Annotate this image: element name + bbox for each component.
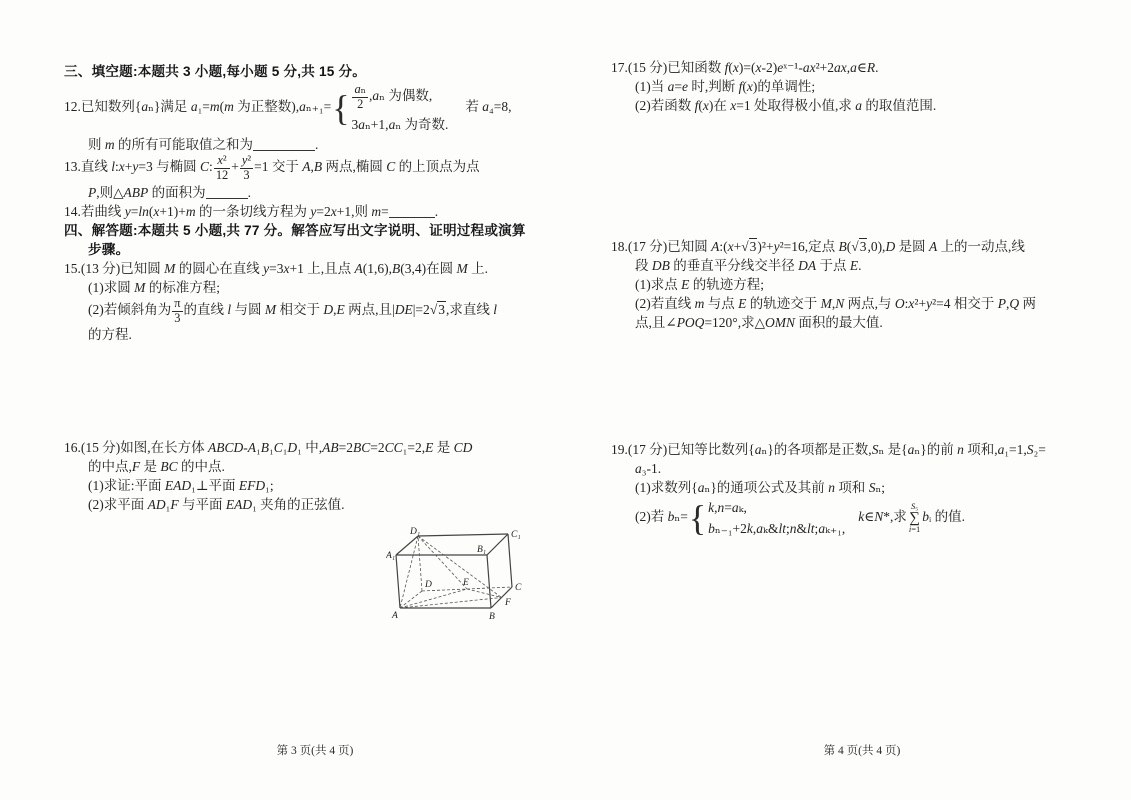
math-x: (2)若函数 f(x)在 x=1 处取得极小值,求 a 的取值范围. bbox=[635, 98, 936, 113]
math-x: 13.直线 l:x+y=3 与椭圆 C: bbox=[64, 159, 213, 174]
text-line: (2)若倾斜角为π3的直线 l 与圆 M 相交于 D,E 两点,且|DE|=2√… bbox=[64, 297, 566, 326]
section-heading-answer: 四、解答题:本题共 5 小题,共 77 分。解答应写出文字说明、证明过程或演算步… bbox=[64, 221, 566, 259]
cuboid-solid-edges bbox=[396, 534, 512, 608]
math-x: (2)若倾斜角为 bbox=[88, 302, 171, 317]
question-12: 12.已知数列{aₙ}满足 a₁=m(m 为正整数),aₙ₊₁={aₙ2,aₙ … bbox=[64, 81, 566, 154]
vertex-label-e: E bbox=[462, 578, 469, 588]
text-line: 步骤。 bbox=[64, 240, 566, 259]
text-line: (1)求圆 M 的标准方程; bbox=[64, 278, 566, 297]
math-x: (2)求平面 AD₁F 与平面 EAD₁ 夹角的正弦值. bbox=[88, 497, 345, 512]
question-15: 15.(13 分)已知圆 M 的圆心在直线 y=3x+1 上,且点 A(1,6)… bbox=[64, 259, 566, 345]
math-x: 三、填空题:本题共 3 小题,每小题 5 分,共 15 分。 bbox=[64, 64, 366, 79]
math-x: 四、解答题:本题共 5 小题,共 77 分。解答应写出文字说明、证明过程或演算 bbox=[64, 223, 526, 238]
text-line: P,则△ABP 的面积为. bbox=[64, 183, 566, 202]
math-frac: x²12 bbox=[214, 154, 230, 183]
cuboid-diagram: A B C D E F A₁ B₁ C₁ D₁ bbox=[386, 524, 538, 628]
answer-blank bbox=[389, 204, 435, 218]
math-x: (1)求圆 M 的标准方程; bbox=[88, 280, 220, 295]
math-frac: aₙ2 bbox=[352, 83, 368, 112]
text-line: a₃-1. bbox=[611, 459, 1113, 478]
math-x: 的直线 l 与圆 M 相交于 D,E 两点,且|DE|=2 bbox=[184, 302, 430, 317]
math-x: 段 DB 的垂直平分线交半径 DA 于点 E. bbox=[635, 258, 862, 273]
vertex-label-c1: C₁ bbox=[511, 530, 521, 540]
math-x: (1)求证:平面 EAD₁⊥平面 EFD₁; bbox=[88, 478, 274, 493]
math-x: 则 m 的所有可能取值之和为 bbox=[88, 137, 253, 152]
math-x: 15.(13 分)已知圆 M 的圆心在直线 y=3x+1 上,且点 A(1,6)… bbox=[64, 261, 488, 276]
text-line: (2)若函数 f(x)在 x=1 处取得极小值,求 a 的取值范围. bbox=[611, 96, 1113, 115]
math-sqrt: √3 bbox=[430, 301, 446, 317]
math-x: (1)当 a=e 时,判断 f(x)的单调性; bbox=[635, 79, 815, 94]
math-x: 的中点,F 是 BC 的中点. bbox=[88, 459, 225, 474]
math-x: (2)若直线 m 与点 E 的轨迹交于 M,N 两点,与 O:x²+y²=4 相… bbox=[635, 296, 1036, 311]
text-line: 的方程. bbox=[64, 325, 566, 344]
math-x: 14.若曲线 y=ln(x+1)+m 的一条切线方程为 y=2x+1,则 m= bbox=[64, 204, 389, 219]
page-3-footer: 第 3 页(共 4 页) bbox=[64, 742, 566, 758]
page-3-column: 三、填空题:本题共 3 小题,每小题 5 分,共 15 分。12.已知数列{aₙ… bbox=[64, 62, 566, 514]
vertex-label-a: A bbox=[391, 611, 398, 621]
math-frac: y²3 bbox=[240, 154, 253, 183]
question-13: 13.直线 l:x+y=3 与椭圆 C:x²12+y²3=1 交于 A,B 两点… bbox=[64, 154, 566, 202]
math-x: 18.(17 分)已知圆 A:(x+ bbox=[611, 239, 741, 254]
math-x: k∈N*,求 bbox=[858, 509, 907, 524]
math-sqrt: √3 bbox=[741, 238, 757, 254]
math-x: 的方程. bbox=[88, 327, 132, 342]
question-17: 17.(15 分)已知函数 f(x)=(x-2)eˣ⁻¹-ax²+2ax,a∈R… bbox=[611, 58, 1113, 115]
text-line: 19.(17 分)已知等比数列{aₙ}的各项都是正数,Sₙ 是{aₙ}的前 n … bbox=[611, 440, 1113, 459]
math-x: . bbox=[315, 137, 318, 152]
math-x: 17.(15 分)已知函数 f(x)=(x-2)eˣ⁻¹-ax²+2ax,a∈R… bbox=[611, 60, 879, 75]
math-x: + bbox=[231, 159, 239, 174]
text-line: 17.(15 分)已知函数 f(x)=(x-2)eˣ⁻¹-ax²+2ax,a∈R… bbox=[611, 58, 1113, 77]
text-line: 14.若曲线 y=ln(x+1)+m 的一条切线方程为 y=2x+1,则 m=. bbox=[64, 202, 566, 221]
question-18: 18.(17 分)已知圆 A:(x+√3)²+y²=16,定点 B(√3,0),… bbox=[611, 237, 1113, 332]
vertex-label-b1: B₁ bbox=[477, 545, 486, 555]
math-cases: {k,n=aₖ,bₙ₋₁+2k,aₖ&lt;n&lt;aₖ₊₁, bbox=[689, 499, 845, 537]
math-x: 点,且∠POQ=120°,求△OMN 面积的最大值. bbox=[635, 315, 883, 330]
math-x: . bbox=[435, 204, 438, 219]
answer-blank bbox=[253, 137, 315, 151]
text-line: 15.(13 分)已知圆 M 的圆心在直线 y=3x+1 上,且点 A(1,6)… bbox=[64, 259, 566, 278]
math-x: (2)若 bₙ= bbox=[635, 509, 688, 524]
text-line: 的中点,F 是 BC 的中点. bbox=[64, 457, 566, 476]
math-cases: {aₙ2,aₙ 为偶数,3aₙ+1,aₙ 为奇数. bbox=[332, 83, 448, 133]
page-4-column: 17.(15 分)已知函数 f(x)=(x-2)eˣ⁻¹-ax²+2ax,a∈R… bbox=[611, 58, 1113, 539]
text-line: 则 m 的所有可能取值之和为. bbox=[64, 135, 566, 154]
math-x: P,则△ABP 的面积为 bbox=[88, 185, 206, 200]
vertex-label-c: C bbox=[515, 583, 522, 593]
math-sum: S₅∑i=1 bbox=[909, 502, 920, 533]
math-sqrt: √3 bbox=[851, 238, 867, 254]
math-x: a₃-1. bbox=[635, 461, 661, 476]
text-line: 12.已知数列{aₙ}满足 a₁=m(m 为正整数),aₙ₊₁={aₙ2,aₙ … bbox=[64, 81, 566, 135]
text-line: 16.(15 分)如图,在长方体 ABCD-A₁B₁C₁D₁ 中,AB=2BC=… bbox=[64, 438, 566, 457]
math-x: (1)求数列{aₙ}的通项公式及其前 n 项和 Sₙ; bbox=[635, 480, 885, 495]
math-x: ,0),D 是圆 A 上的一动点,线 bbox=[867, 239, 1025, 254]
vertex-label-a1: A₁ bbox=[386, 551, 395, 561]
text-line: (1)当 a=e 时,判断 f(x)的单调性; bbox=[611, 77, 1113, 96]
math-sp bbox=[449, 110, 465, 111]
text-line: (2)求平面 AD₁F 与平面 EAD₁ 夹角的正弦值. bbox=[64, 495, 566, 514]
text-line: (1)求点 E 的轨迹方程; bbox=[611, 275, 1113, 294]
vertex-label-d: D bbox=[424, 580, 432, 590]
math-x: bₙ₋₁+2k,aₖ&lt;n&lt;aₖ₊₁, bbox=[708, 521, 845, 536]
answer-blank bbox=[206, 185, 248, 199]
text-line: 段 DB 的垂直平分线交半径 DA 于点 E. bbox=[611, 256, 1113, 275]
math-x: 若 a₄=8, bbox=[465, 99, 511, 114]
math-x: 16.(15 分)如图,在长方体 ABCD-A₁B₁C₁D₁ 中,AB=2BC=… bbox=[64, 440, 472, 455]
text-line: (1)求数列{aₙ}的通项公式及其前 n 项和 Sₙ; bbox=[611, 478, 1113, 497]
text-line: (1)求证:平面 EAD₁⊥平面 EFD₁; bbox=[64, 476, 566, 495]
question-16: 16.(15 分)如图,在长方体 ABCD-A₁B₁C₁D₁ 中,AB=2BC=… bbox=[64, 438, 566, 514]
question-19: 19.(17 分)已知等比数列{aₙ}的各项都是正数,Sₙ 是{aₙ}的前 n … bbox=[611, 440, 1113, 539]
math-sp bbox=[846, 520, 858, 521]
math-x: =1 交于 A,B 两点,椭圆 C 的上顶点为点 bbox=[254, 159, 480, 174]
exam-sheet-scan: 三、填空题:本题共 3 小题,每小题 5 分,共 15 分。12.已知数列{aₙ… bbox=[0, 0, 1131, 800]
math-x: k,n=aₖ, bbox=[708, 500, 747, 515]
math-x: )²+y²=16,定点 B( bbox=[757, 239, 851, 254]
text-line: (2)若 bₙ={k,n=aₖ,bₙ₋₁+2k,aₖ&lt;n&lt;aₖ₊₁,… bbox=[611, 497, 1113, 539]
text-line: 18.(17 分)已知圆 A:(x+√3)²+y²=16,定点 B(√3,0),… bbox=[611, 237, 1113, 256]
math-x: 12.已知数列{aₙ}满足 a₁=m(m 为正整数),aₙ₊₁= bbox=[64, 99, 331, 114]
text-line: 四、解答题:本题共 5 小题,共 77 分。解答应写出文字说明、证明过程或演算 bbox=[64, 221, 566, 240]
math-x: ,aₙ 为偶数, bbox=[369, 88, 432, 103]
text-line: 点,且∠POQ=120°,求△OMN 面积的最大值. bbox=[611, 313, 1113, 332]
page-4-footer: 第 4 页(共 4 页) bbox=[611, 742, 1113, 758]
question-14: 14.若曲线 y=ln(x+1)+m 的一条切线方程为 y=2x+1,则 m=. bbox=[64, 202, 566, 221]
math-x: ,求直线 l bbox=[446, 302, 497, 317]
text-line: 13.直线 l:x+y=3 与椭圆 C:x²12+y²3=1 交于 A,B 两点… bbox=[64, 154, 566, 183]
math-x: . bbox=[248, 185, 251, 200]
section-heading-fill-in: 三、填空题:本题共 3 小题,每小题 5 分,共 15 分。 bbox=[64, 62, 566, 81]
math-x: 3aₙ+1,aₙ 为奇数. bbox=[351, 117, 448, 132]
math-x: 步骤。 bbox=[88, 242, 129, 257]
math-x: (1)求点 E 的轨迹方程; bbox=[635, 277, 764, 292]
vertex-label-b: B bbox=[489, 612, 495, 622]
vertex-label-f: F bbox=[504, 598, 511, 608]
math-x: bᵢ 的值. bbox=[922, 509, 965, 524]
text-line: 三、填空题:本题共 3 小题,每小题 5 分,共 15 分。 bbox=[64, 62, 566, 81]
figure-cuboid: A B C D E F A₁ B₁ C₁ D₁ bbox=[386, 524, 538, 628]
math-x: 19.(17 分)已知等比数列{aₙ}的各项都是正数,Sₙ 是{aₙ}的前 n … bbox=[611, 442, 1046, 457]
vertex-label-d1: D₁ bbox=[409, 527, 420, 537]
math-frac: π3 bbox=[172, 297, 182, 326]
text-line: (2)若直线 m 与点 E 的轨迹交于 M,N 两点,与 O:x²+y²=4 相… bbox=[611, 294, 1113, 313]
